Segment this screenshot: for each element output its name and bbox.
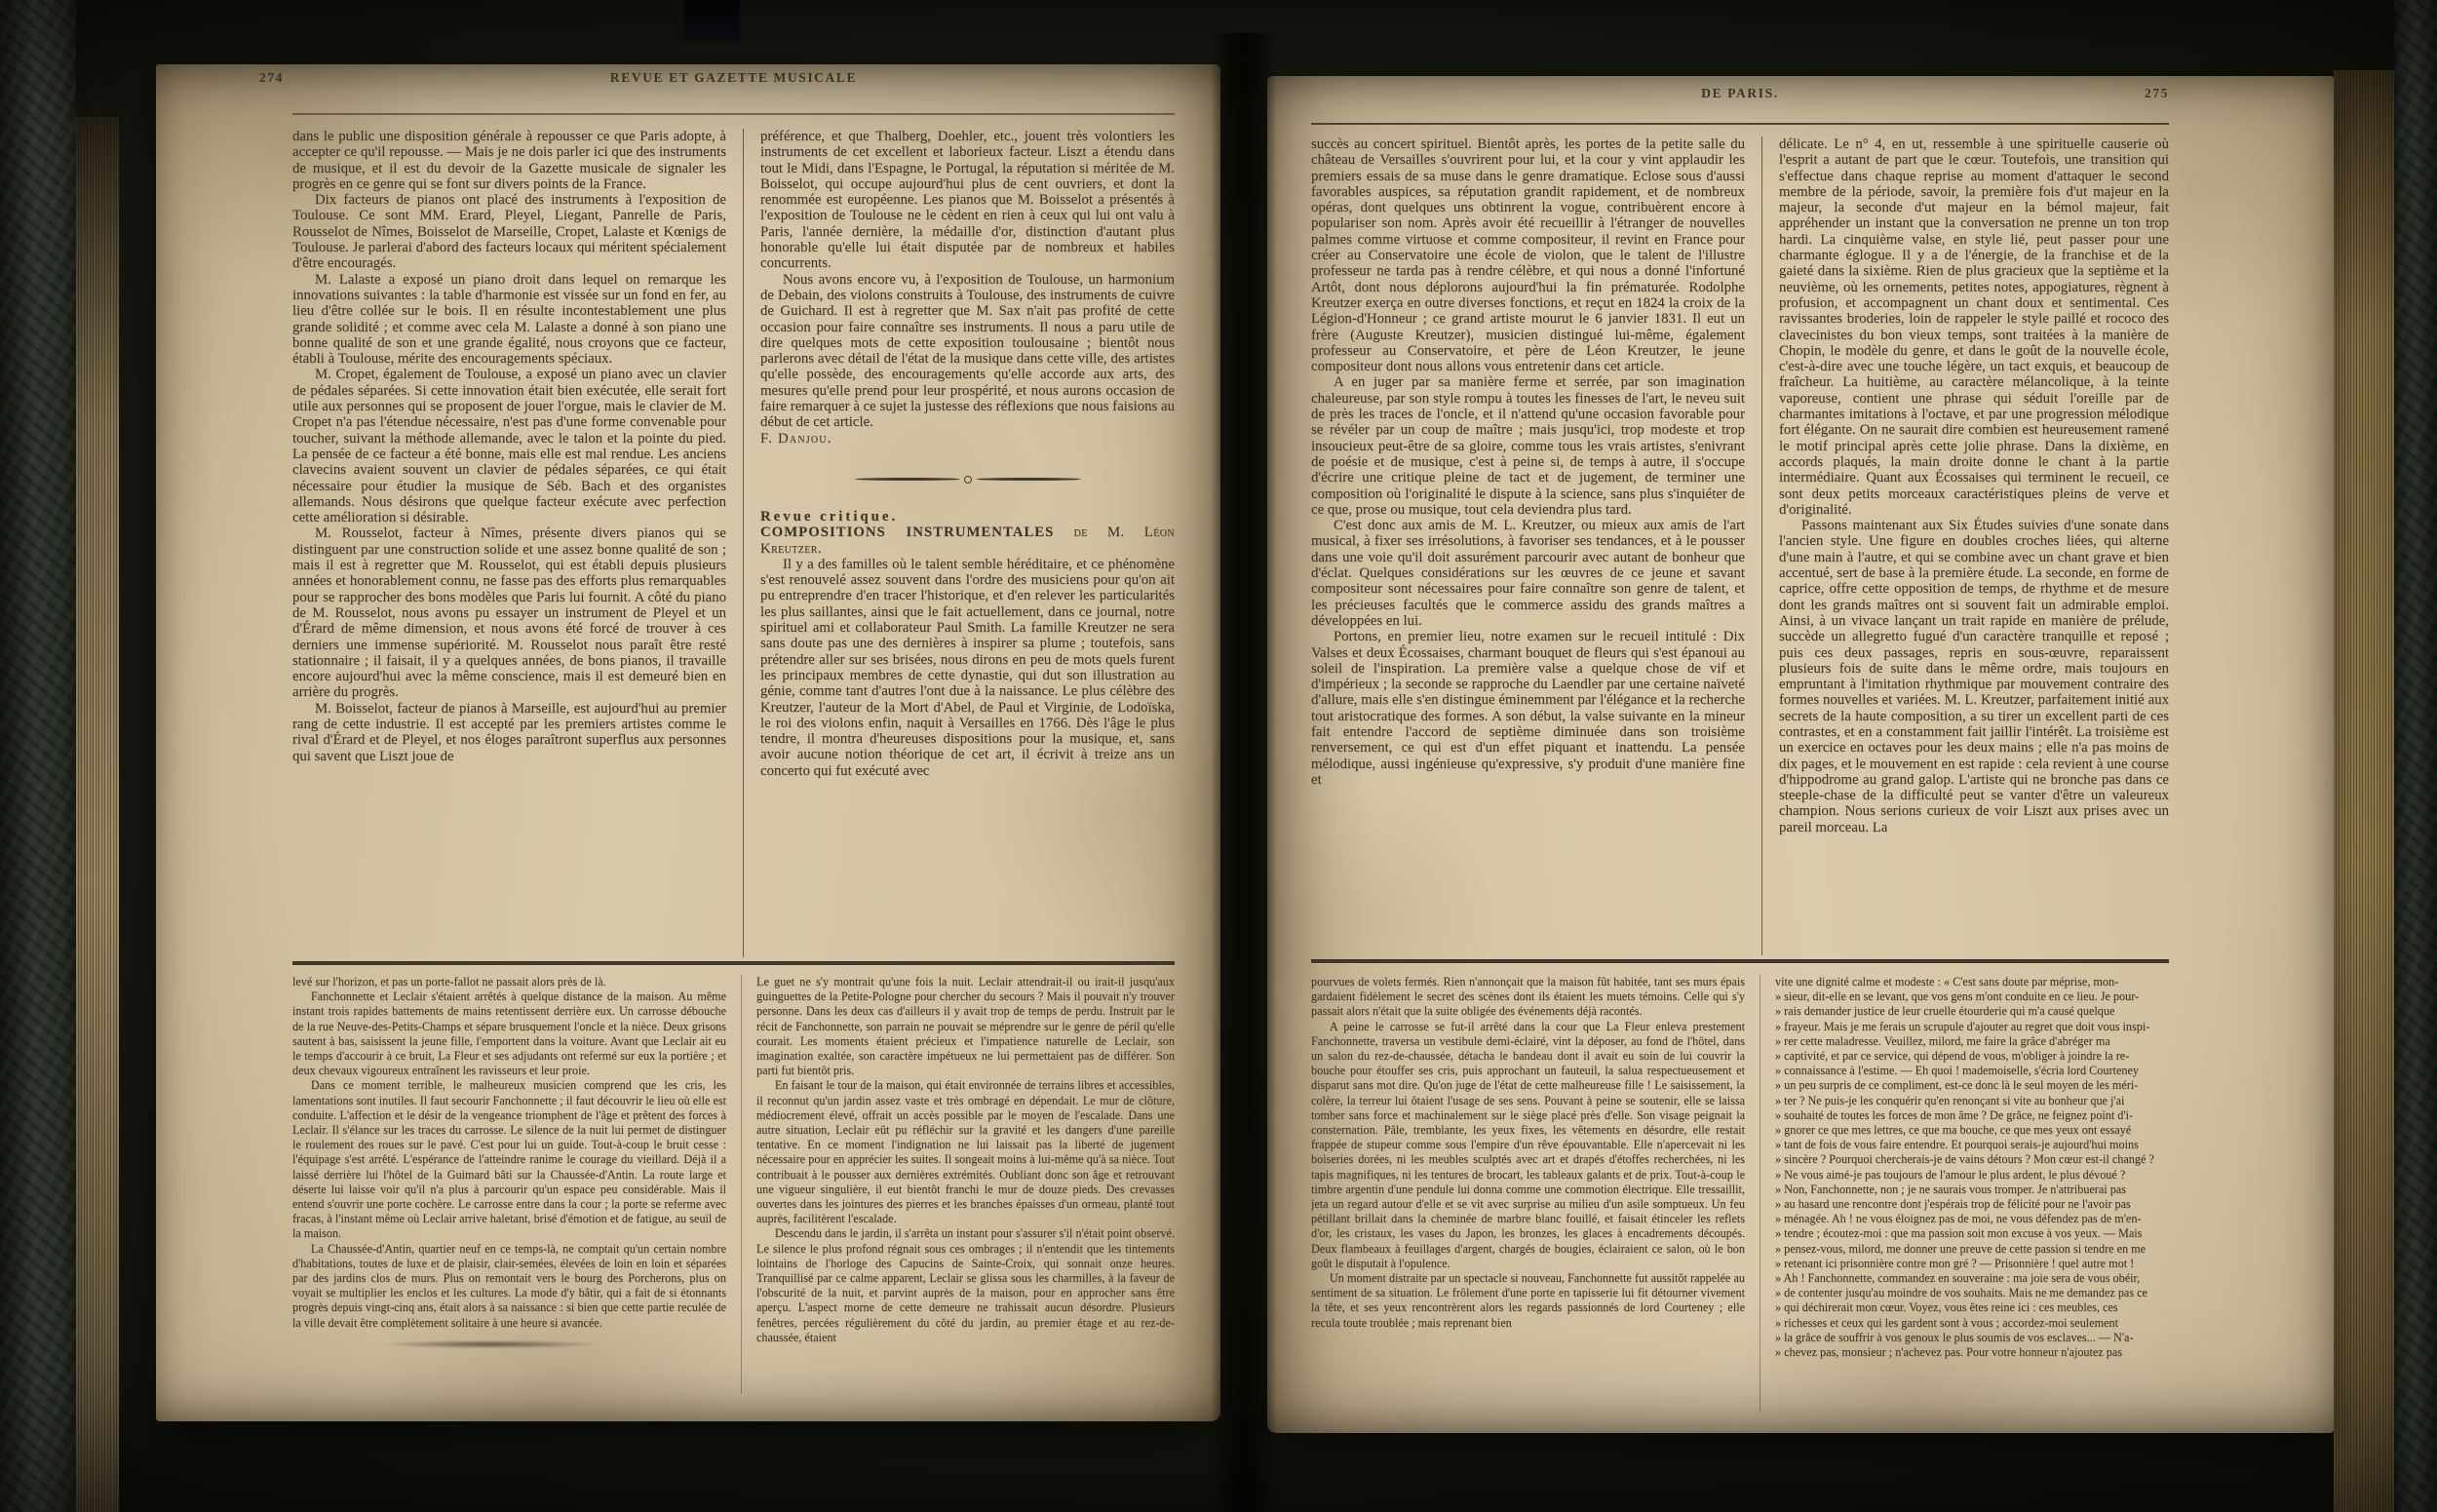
column-rule [1760,975,1760,1412]
column-rule [741,975,742,1394]
ornament-dot-icon [964,476,972,484]
main-columns: succès au concert spirituel. Bientôt apr… [1311,136,2169,955]
column-rule [1761,136,1762,955]
section-heading: Revue critique. [760,509,1175,524]
main-columns: dans le public une disposition générale … [292,129,1175,957]
page-274-content: 274 REVUE ET GAZETTE MUSICALE dans le pu… [292,70,1175,1394]
running-title: DE PARIS. [1311,86,2169,101]
paragraph: Il y a des familles où le talent semble … [760,557,1175,779]
column-1: dans le public une disposition générale … [292,129,726,957]
feuilleton-column-2: Le guet ne s'y montrait qu'une fois la n… [756,975,1175,1394]
column-rule [743,129,744,957]
ink-smudge [385,1340,595,1348]
column-2: préférence, et que Thalberg, Doehler, et… [760,129,1175,957]
book-gutter [1211,33,1277,1512]
paragraph: A en juger par sa manière ferme et serré… [1311,374,1745,518]
page-edges-left [76,117,119,1512]
paragraph: succès au concert spirituel. Bientôt apr… [1311,136,1745,374]
paragraph: Nous avons encore vu, à l'exposition de … [760,272,1175,431]
paragraph: Passons maintenant aux Six Études suivie… [1779,518,2169,835]
bookmark-ribbon [684,0,740,43]
paragraph: Fanchonnette et Leclair s'étaient arrêté… [292,989,726,1078]
ornament-line-icon [855,478,960,481]
author-signature: F. Danjou. [760,431,1175,446]
article-heading-main: COMPOSITIONS INSTRUMENTALES [760,524,1054,540]
paragraph: Le guet ne s'y montrait qu'une fois la n… [756,975,1175,1078]
feuilleton-column-2: vite une dignité calme et modeste : « C'… [1775,975,2169,1412]
paragraph: Portons, en premier lieu, notre examen s… [1311,629,1745,788]
page-275-header: DE PARIS. 275 [1311,86,2169,103]
feuilleton-columns: pourvues de volets fermés. Rien n'annonç… [1311,975,2169,1412]
feuilleton-columns: levé sur l'horizon, et pas un porte-fall… [292,975,1175,1394]
page-275-content: DE PARIS. 275 succès au concert spiritue… [1311,86,2169,1412]
page-274-header: 274 REVUE ET GAZETTE MUSICALE [292,70,1175,90]
book-cover-right [2394,0,2437,1512]
paragraph: M. Boisselot, facteur de pianos à Marsei… [292,701,726,764]
paragraph: M. Lalaste a exposé un piano droit dans … [292,272,726,368]
ornament-divider [760,476,1175,484]
ornament-line-icon [976,478,1081,481]
feuilleton-column-1: pourvues de volets fermés. Rien n'annonç… [1311,975,1745,1412]
paragraph: levé sur l'horizon, et pas un porte-fall… [292,975,726,989]
paragraph: C'est donc aux amis de M. L. Kreutzer, o… [1311,518,1745,629]
header-rule [292,113,1175,115]
paragraph: Dix facteurs de pianos ont placé des ins… [292,192,726,271]
page-number: 275 [2145,86,2169,101]
paragraph: préférence, et que Thalberg, Doehler, et… [760,129,1175,272]
paragraph: pourvues de volets fermés. Rien n'annonç… [1311,975,1745,1020]
book-cover-left [0,0,76,1512]
book-photo: 274 REVUE ET GAZETTE MUSICALE dans le pu… [0,0,2437,1512]
paragraph: La Chaussée-d'Antin, quartier neuf en ce… [292,1242,726,1331]
column-1: succès au concert spirituel. Bientôt apr… [1311,136,1745,955]
running-title: REVUE ET GAZETTE MUSICALE [292,70,1175,86]
paragraph: Dans ce moment terrible, le malheureux m… [292,1078,726,1241]
paragraph: Un moment distraite par un spectacle si … [1311,1271,1745,1331]
feuilleton-column-1: levé sur l'horizon, et pas un porte-fall… [292,975,726,1394]
header-rule [1311,123,2169,125]
page-number: 274 [259,70,284,86]
paragraph: Descendu dans le jardin, il s'arrêta un … [756,1226,1175,1345]
quoted-dialogue-lines: vite une dignité calme et modeste : « C'… [1775,975,2169,1360]
paragraph: délicate. Le n° 4, en ut, ressemble à un… [1779,136,2169,518]
paragraph: A peine le carrosse se fut-il arrêté dan… [1311,1020,1745,1271]
paragraph: dans le public une disposition générale … [292,129,726,192]
page-edges-right [2334,70,2394,1512]
paragraph: En faisant le tour de la maison, qui éta… [756,1078,1175,1226]
column-2: délicate. Le n° 4, en ut, ressemble à un… [1779,136,2169,955]
feuilleton-separator-rule [1311,959,2169,963]
article-heading: COMPOSITIONS INSTRUMENTALES de M. Léon K… [760,524,1175,557]
page-274: 274 REVUE ET GAZETTE MUSICALE dans le pu… [156,64,1220,1421]
paragraph: M. Cropet, également de Toulouse, a expo… [292,367,726,525]
paragraph: M. Rousselot, facteur à Nîmes, présente … [292,525,726,700]
feuilleton-separator-rule [292,961,1175,965]
page-275: DE PARIS. 275 succès au concert spiritue… [1267,76,2334,1433]
